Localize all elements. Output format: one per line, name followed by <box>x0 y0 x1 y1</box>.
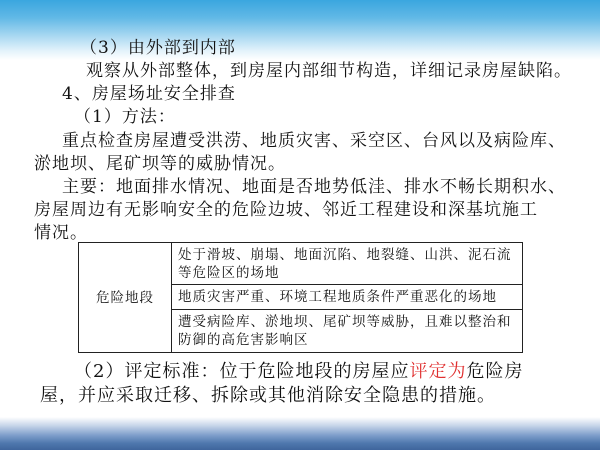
criteria-text-part-2: 危险房 <box>466 361 523 382</box>
table-cell: 处于滑坡、崩塌、地面沉陷、地裂缝、山洪、泥石流等危险区的场地 <box>172 243 523 285</box>
section-3-body: 观察从外部整体，到房屋内部细节构造，详细记录房屋缺陷。 <box>86 61 572 81</box>
method-text-line-1: 重点检查房屋遭受洪涝、地质灾害、采空区、台风以及病险库、 <box>62 131 566 151</box>
table-cell: 地质灾害严重、环境工程地质条件严重恶化的场地 <box>172 285 523 310</box>
main-text-line-2: 房屋周边有无影响安全的危险边坡、邻近工程建设和深基坑施工 <box>34 200 538 220</box>
hazard-zone-table: 危险地段 处于滑坡、崩塌、地面沉陷、地裂缝、山洪、泥石流等危险区的场地 地质灾害… <box>78 242 523 353</box>
method-text-line-2: 淤地坝、尾矿坝等的威胁情况。 <box>34 154 286 174</box>
criteria-line-1: （2）评定标准：位于危险地段的房屋应评定为危险房 <box>74 361 523 383</box>
footer-gradient-band <box>0 417 600 450</box>
main-text-line-3: 情况。 <box>34 223 88 243</box>
main-text-line-1: 主要：地面排水情况、地面是否地势低洼、排水不畅长期积水、 <box>62 177 566 197</box>
table-row: 危险地段 处于滑坡、崩塌、地面沉陷、地裂缝、山洪、泥石流等危险区的场地 <box>79 243 523 285</box>
table-label-cell: 危险地段 <box>79 243 172 353</box>
section-3-heading: （3）由外部到内部 <box>80 38 236 58</box>
criteria-highlight: 评定为 <box>409 361 466 382</box>
criteria-line-2: 屋，并应采取迁移、拆除或其他消除安全隐患的措施。 <box>40 385 496 407</box>
criteria-text-part-1: （2）评定标准：位于危险地段的房屋应 <box>74 361 409 382</box>
table-cell: 遭受病险库、淤地坝、尾矿坝等威胁，且难以整治和防御的高危害影响区 <box>172 310 523 353</box>
section-4-heading: 4、房屋场址安全排查 <box>62 84 236 104</box>
method-heading: （1）方法： <box>74 107 176 127</box>
